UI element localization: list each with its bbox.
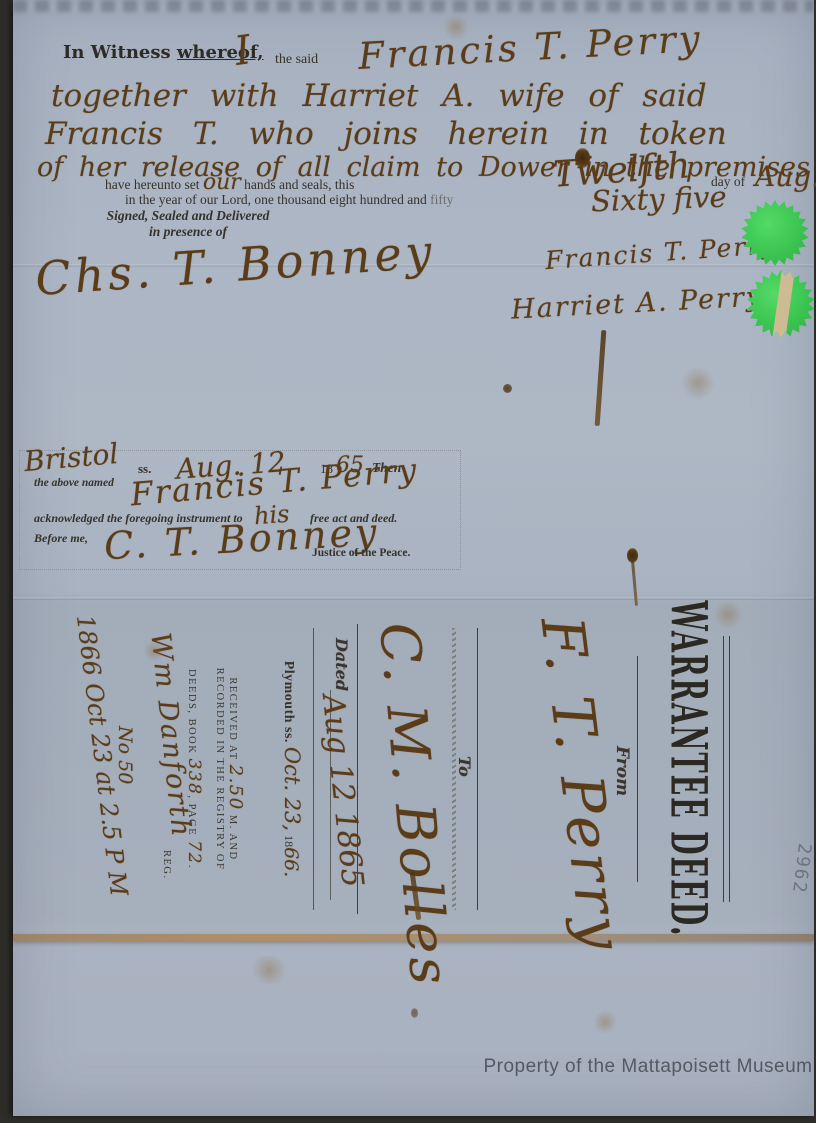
printed-signed-sealed: Signed, Sealed and Delivered	[73, 208, 303, 224]
printed-year-line: in the year of our Lord, one thousand ei…	[125, 192, 453, 208]
foxing-stain	[249, 956, 289, 984]
notary-seal-lower	[747, 270, 815, 338]
bleed-through-text-strip	[13, 0, 814, 12]
printed-above-named: the above named	[34, 477, 114, 489]
deed-paper-scan: In Witness whereof, I the said Francis T…	[13, 0, 814, 1116]
hw-recorded-year: 66.	[280, 847, 302, 877]
printed-the-said: the said	[275, 52, 318, 68]
pencil-catalog-number: 2962	[788, 842, 815, 896]
docket-title-rule-top	[723, 636, 730, 902]
foxing-stain	[143, 640, 165, 662]
ink-spot	[503, 384, 512, 393]
hw-year-sixty-five: Sixty five	[590, 180, 727, 219]
foxing-stain	[681, 366, 715, 400]
printed-plymouth-ss: Plymouth ss.	[281, 661, 296, 743]
foxing-stain	[443, 14, 469, 40]
recording-block: Plymouth ss. Oct. 23, 1866.	[280, 618, 304, 920]
foxing-stain	[593, 1010, 617, 1034]
hw-recorded-date: Oct. 23,	[280, 747, 304, 831]
hw-grantor-name: Francis T. Perry	[357, 17, 704, 78]
docket-title: WARRANTEE DEED.	[659, 598, 716, 940]
docket-grantee-signature: C. M. Bolles	[367, 620, 462, 990]
docket-title-rule-bottom	[637, 656, 638, 882]
recording-line3: RECORDED IN THE REGISTRY OF	[214, 618, 225, 920]
ink-drip	[595, 330, 607, 426]
printed-to: To	[455, 756, 474, 777]
seal-damage-streak	[772, 270, 795, 338]
hw-pronoun-i: I	[232, 27, 254, 75]
printed-fifty-struck: fifty	[430, 192, 453, 207]
printed-reg: REG.	[161, 850, 172, 880]
hw-county-bristol: Bristol	[23, 437, 120, 478]
hw-month-aug: Aug.	[755, 160, 816, 193]
hw-clause-line2: together with Harriet A. wife of said	[51, 78, 707, 114]
hw-recorded-time: 2.50	[225, 765, 246, 811]
museum-watermark: Property of the Mattapoisett Museum	[483, 1056, 813, 1078]
ink-spot	[411, 1008, 418, 1018]
docket-rule	[313, 628, 314, 910]
ink-blot	[575, 148, 590, 168]
docket-rule	[477, 628, 478, 910]
printed-dated: Dated	[332, 638, 351, 691]
docket-hatched-rule	[452, 628, 456, 910]
printed-18-rec: 18	[282, 835, 296, 847]
acknowledgment-box: Bristol ss. Aug. 12 18 65 Then the above…	[19, 450, 461, 570]
hw-dated-value: Aug 12 1865	[315, 693, 370, 889]
hw-page-number: 72	[184, 840, 204, 865]
printed-justice-title: Justice of the Peace.	[312, 547, 410, 559]
printed-before-me: Before me,	[34, 531, 88, 546]
hw-clause-line3: Francis T. who joins herein in token	[45, 116, 727, 152]
foxing-stain	[713, 600, 743, 630]
spouse-signature: Harriet A. Perry	[510, 281, 763, 325]
recording-line2: RECEIVED AT 2.50 M. AND	[225, 618, 246, 920]
